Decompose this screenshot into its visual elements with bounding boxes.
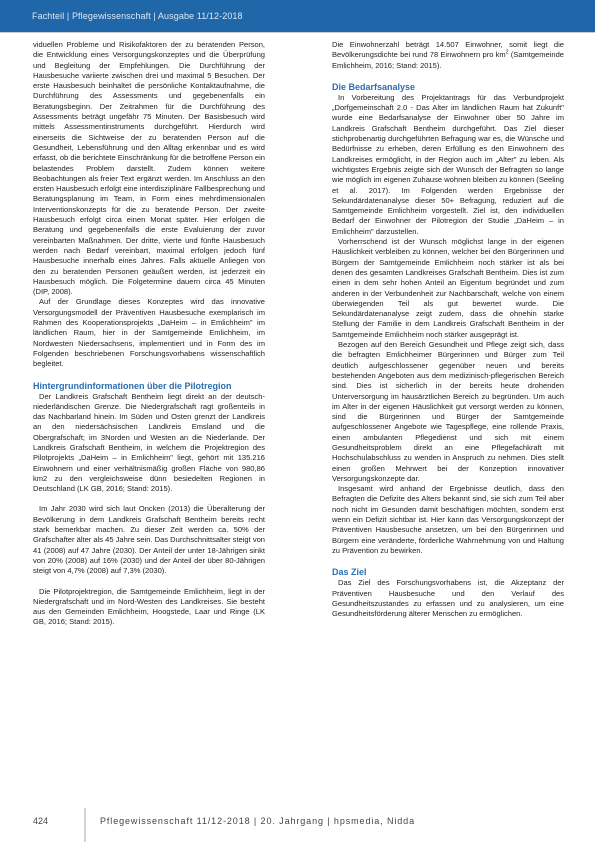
paragraph: viduellen Probleme und Risikofaktoren de… <box>33 40 265 297</box>
paragraph: Insgesamt wird anhand der Ergebnisse deu… <box>332 484 564 556</box>
page-number: 424 <box>33 816 48 826</box>
paragraph: Auf der Grundlage dieses Konzeptes wird … <box>33 297 265 369</box>
section-heading-pilotregion: Hintergrundinformationen über die Pilotr… <box>33 380 265 392</box>
paragraph: Bezogen auf den Bereich Gesundheit und P… <box>332 340 564 484</box>
footer-publication-info: Pflegewissenschaft 11/12-2018 | 20. Jahr… <box>100 816 415 826</box>
left-column: viduellen Probleme und Risikofaktoren de… <box>33 40 265 628</box>
paragraph: Das Ziel des Forschungsvorhabens ist, di… <box>332 578 564 619</box>
paragraph: Der Landkreis Grafschaft Bentheim liegt … <box>33 392 265 495</box>
paragraph: Die Pilotprojektregion, die Samtgemeinde… <box>33 587 265 628</box>
section-heading-ziel: Das Ziel <box>332 566 564 578</box>
running-head: Fachteil | Pflegewissenschaft | Ausgabe … <box>32 11 243 21</box>
right-column: Die Einwohnerzahl beträgt 14.507 Einwohn… <box>332 40 564 619</box>
section-heading-bedarfsanalyse: Die Bedarfsanalyse <box>332 81 564 93</box>
paragraph: Im Jahr 2030 wird sich laut Oncken (2013… <box>33 504 265 576</box>
running-header-bar: Fachteil | Pflegewissenschaft | Ausgabe … <box>0 0 595 33</box>
paragraph: Vorherrschend ist der Wunsch möglichst l… <box>332 237 564 340</box>
paragraph: Die Einwohnerzahl beträgt 14.507 Einwohn… <box>332 40 564 71</box>
footer-divider <box>84 808 86 842</box>
paragraph: In Vorbereitung des Projektantrags für d… <box>332 93 564 237</box>
